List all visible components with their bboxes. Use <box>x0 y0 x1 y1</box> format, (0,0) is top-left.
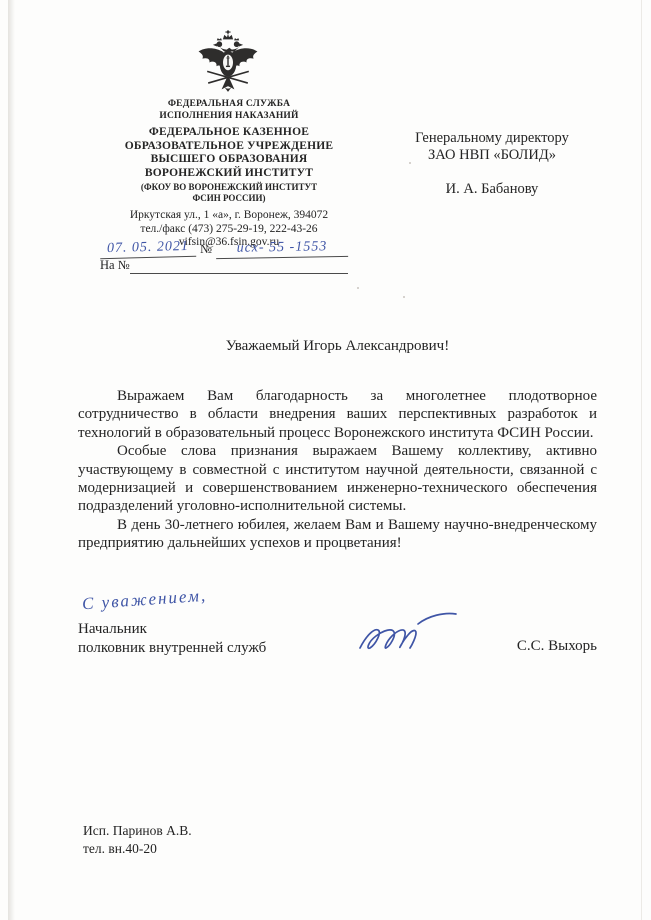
letter-body: Выражаем Вам благодарность за многолетне… <box>78 387 597 553</box>
agency-name: ФЕДЕРАЛЬНАЯ СЛУЖБАИСПОЛНЕНИЯ НАКАЗАНИЙ <box>93 99 365 122</box>
handwritten-closing: С уважением, <box>81 586 207 615</box>
handwritten-date: 07. 05. 2021 <box>100 239 196 260</box>
scan-speck <box>357 287 359 289</box>
organization-name: ФЕДЕРАЛЬНОЕ КАЗЕННОЕОБРАЗОВАТЕЛЬНОЕ УЧРЕ… <box>93 126 365 180</box>
organization-short-name-line: (ФКОУ ВО ВОРОНЕЖСКИЙ ИНСТИТУТ <box>93 182 365 193</box>
recipient-block: Генеральному директоруЗАО НВП «БОЛИД» И.… <box>385 130 599 198</box>
body-paragraph: Особые слова признания выражаем Вашему к… <box>78 442 597 516</box>
scan-edge-artifact <box>641 0 642 920</box>
recipient-title: Генеральному директоруЗАО НВП «БОЛИД» <box>385 130 599 164</box>
body-paragraph: В день 30-летнего юбилея, желаем Вам и В… <box>78 516 597 553</box>
body-paragraph: Выражаем Вам благодарность за многолетне… <box>78 387 597 442</box>
reply-reference-line: На № <box>100 258 348 274</box>
organization-name-line: ОБРАЗОВАТЕЛЬНОЕ УЧРЕЖДЕНИЕ <box>93 140 365 154</box>
executor-phone: тел. вн.40-20 <box>83 840 192 858</box>
signer-position-line: Начальник <box>78 620 266 639</box>
outgoing-reference-line: 07. 05. 2021 № исх- 55 -1553 <box>100 240 348 258</box>
executor-name: Исп. Паринов А.В. <box>83 822 192 840</box>
salutation: Уважаемый Игорь Александрович! <box>78 338 597 355</box>
signer-name: С.С. Выхорь <box>460 638 597 655</box>
scanned-letter-page: ФЕДЕРАЛЬНАЯ СЛУЖБАИСПОЛНЕНИЯ НАКАЗАНИЙ Ф… <box>0 0 651 920</box>
phone-fax: тел./факс (473) 275-29-19, 222-43-26 <box>93 223 365 237</box>
handwritten-outgoing-number: исх- 55 -1553 <box>216 239 348 259</box>
fsin-eagle-emblem-icon <box>196 30 260 100</box>
recipient-title-line: ЗАО НВП «БОЛИД» <box>385 147 599 164</box>
scan-edge-artifact <box>8 0 15 920</box>
organization-short-name-line: ФСИН РОССИИ) <box>93 193 365 204</box>
number-sign: № <box>196 242 216 258</box>
recipient-title-line: Генеральному директору <box>385 130 599 147</box>
organization-name-line: ФЕДЕРАЛЬНОЕ КАЗЕННОЕ <box>93 126 365 140</box>
organization-short-name: (ФКОУ ВО ВОРОНЕЖСКИЙ ИНСТИТУТФСИН РОССИИ… <box>93 182 365 204</box>
organization-name-line: ВОРОНЕЖСКИЙ ИНСТИТУТ <box>93 167 365 181</box>
organization-name-line: ВЫСШЕГО ОБРАЗОВАНИЯ <box>93 153 365 167</box>
agency-name-line: ФЕДЕРАЛЬНАЯ СЛУЖБА <box>93 99 365 111</box>
reply-number-blank <box>130 259 348 274</box>
recipient-name: И. А. Бабанову <box>385 181 599 198</box>
signer-position-line: полковник внутренней служб <box>78 639 266 658</box>
reply-to-label: На № <box>100 258 130 274</box>
signer-position: Начальникполковник внутренней служб <box>78 620 266 657</box>
letterhead: ФЕДЕРАЛЬНАЯ СЛУЖБАИСПОЛНЕНИЯ НАКАЗАНИЙ Ф… <box>93 99 365 250</box>
postal-address: Иркутская ул., 1 «а», г. Воронеж, 394072 <box>93 209 365 223</box>
executor-block: Исп. Паринов А.В. тел. вн.40-20 <box>83 822 192 857</box>
handwritten-signature-icon <box>352 606 464 658</box>
agency-name-line: ИСПОЛНЕНИЯ НАКАЗАНИЙ <box>93 111 365 123</box>
scan-speck <box>403 296 405 298</box>
